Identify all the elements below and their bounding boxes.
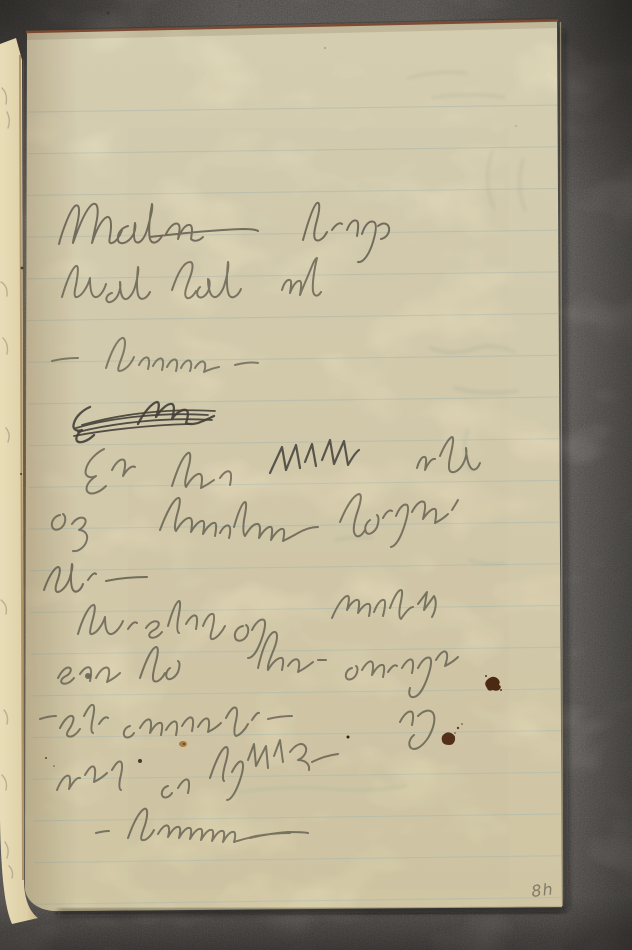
notebook-photograph: 8h (0, 0, 632, 950)
page-bottom-shadow (58, 909, 563, 913)
notebook-photo-svg: 8h (0, 0, 632, 950)
paper-mottle (24, 18, 564, 914)
notebook-page: 8h (24, 18, 575, 915)
gutter-speck (20, 473, 22, 475)
gutter-speck (21, 267, 24, 270)
